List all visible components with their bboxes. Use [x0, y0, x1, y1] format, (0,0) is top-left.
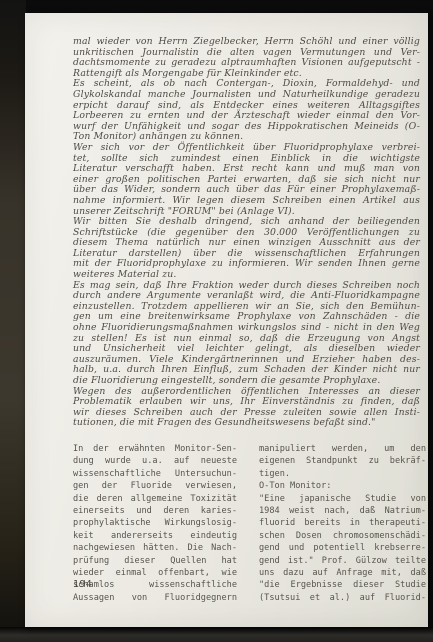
two-column-commentary: In der erwähnten Monitor-Sen-dung wurde … — [73, 443, 426, 604]
scan-edge-left — [0, 0, 26, 642]
text-line: "Eine japanische Studie von — [259, 493, 426, 505]
text-line: einerseits und deren karies- — [73, 505, 237, 517]
document-page: mal wieder von Herrn Ziegelbecker, Herrn… — [25, 13, 428, 627]
text-line: manipuliert werden, um den — [259, 443, 426, 455]
letter-body-script-text: mal wieder von Herrn Ziegelbecker, Herrn… — [73, 37, 420, 429]
text-line: uns dazu auf Anfrage mit, daß — [259, 567, 426, 579]
text-line: schamlos wissenschaftliche — [73, 579, 237, 591]
text-line: In der erwähnten Monitor-Sen- — [73, 443, 237, 455]
text-line: Glykolskandal manche Journalisten und Na… — [73, 90, 420, 101]
commentary-column-right: manipuliert werden, um deneigenen Standp… — [259, 443, 426, 604]
text-line: wieder einmal offenbart, wie — [73, 567, 237, 579]
text-line: keit andererseits eindeutig — [73, 530, 237, 542]
text-line: mal wieder von Herrn Ziegelbecker, Herrn… — [73, 37, 420, 48]
text-line: prophylaktische Wirkungslosig- — [73, 517, 237, 529]
text-line: die deren allgemeine Toxizität — [73, 493, 237, 505]
text-line: eigenen Standpunkt zu bekräf- — [259, 455, 426, 467]
text-line: wissenschaftliche Untersuchun- — [73, 468, 237, 480]
text-line: Aussagen von Fluoridgegnern — [73, 592, 237, 604]
scan-edge-bottom — [0, 627, 433, 642]
text-line: gend und potentiell krebserre- — [259, 542, 426, 554]
text-line: O-Ton Monitor: — [259, 480, 426, 492]
text-line: nachgewiesen hätten. Die Nach- — [73, 542, 237, 554]
text-line: dung wurde u.a. auf neueste — [73, 455, 237, 467]
text-line: Wer sich vor der Öffentlichkeit über Flu… — [73, 143, 420, 154]
text-line: nahme informiert. Wir legen diesem Schre… — [73, 196, 420, 207]
text-line: gen der Fluoride verwiesen, — [73, 480, 237, 492]
text-line: fluorid bereits in therapeuti- — [259, 517, 426, 529]
text-line: gend ist." Prof. Gülzow teilte — [259, 555, 426, 567]
text-line: schen Dosen chromosomenschädi- — [259, 530, 426, 542]
text-line: die Fluoridierung eingestellt, sondern d… — [73, 376, 420, 387]
page-number: 194 — [73, 579, 92, 590]
text-line: "die Ergebnisse dieser Studie — [259, 579, 426, 591]
commentary-column-left: In der erwähnten Monitor-Sen-dung wurde … — [73, 443, 237, 604]
scan-background: mal wieder von Herrn Ziegelbecker, Herrn… — [0, 0, 433, 642]
text-line: (Tsutsui et al.) auf Fluorid- — [259, 592, 426, 604]
text-line: tutionen, die mit Fragen des Gesundheits… — [73, 418, 420, 429]
text-line: 1984 weist nach, daß Natrium- — [259, 505, 426, 517]
text-line: prüfung dieser Quellen hat — [73, 555, 237, 567]
text-line: tigen. — [259, 468, 426, 480]
